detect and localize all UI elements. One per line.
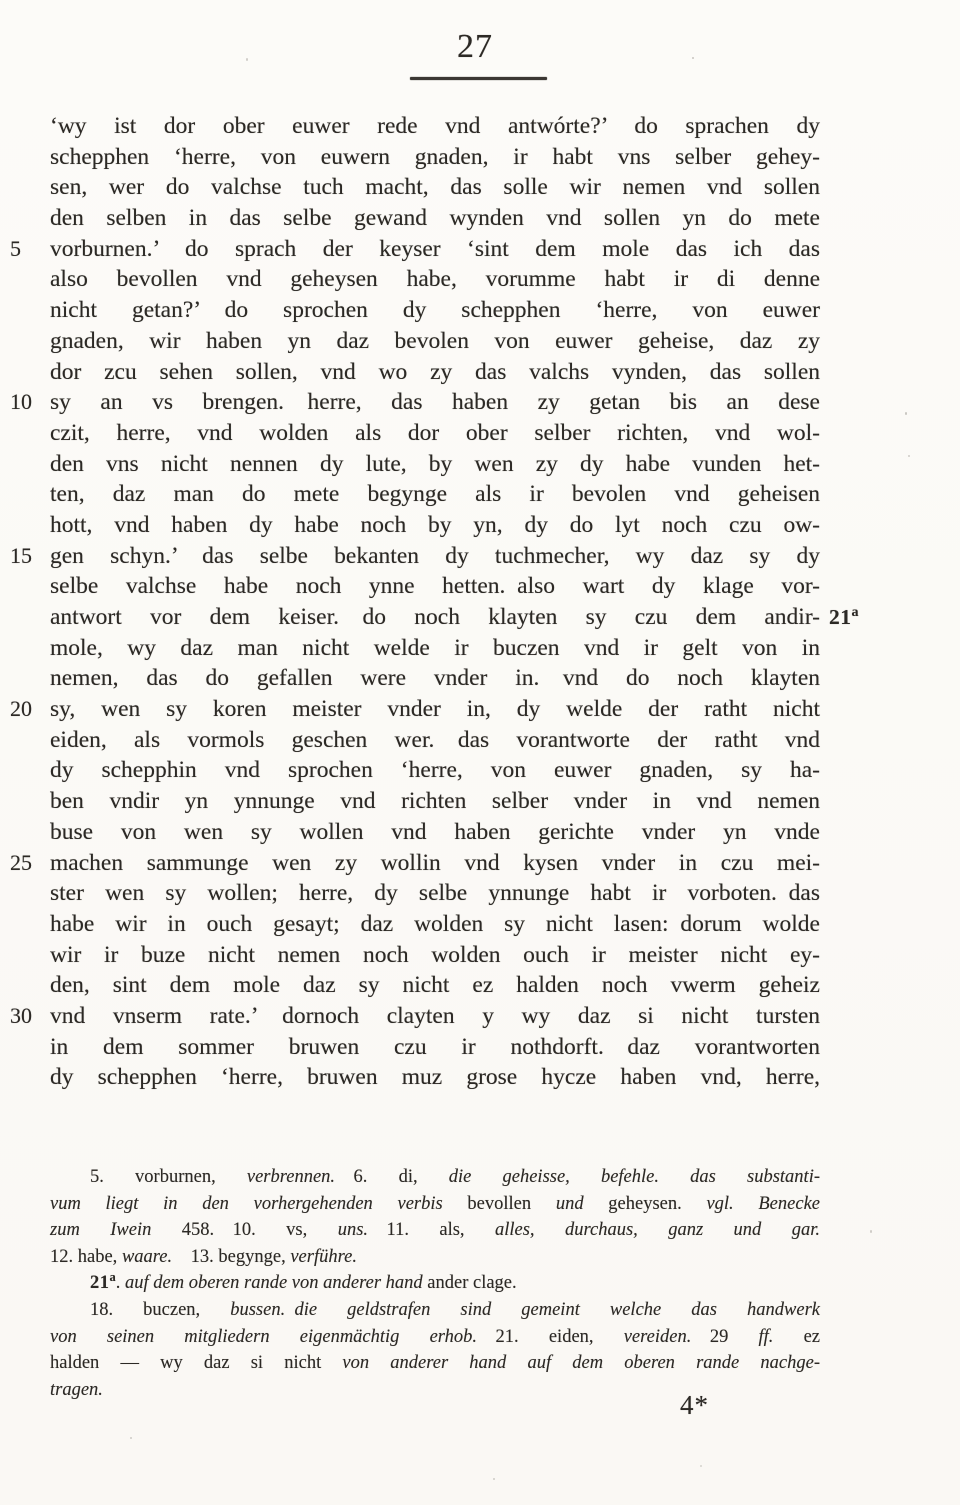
book-page: 27 ‘wy ist dor ober euwer rede vnd antwó…: [0, 0, 960, 1505]
footnote-segment: zum Iwein: [50, 1220, 182, 1240]
body-line-text: antwort vor dem keiser. do noch klayten …: [50, 604, 820, 630]
body-line: czit, herre, vnd wolden als dor ober sel…: [50, 418, 820, 449]
footnote-segment: [691, 1327, 710, 1347]
body-line-text: habe wir in ouch gesayt; daz wolden sy n…: [50, 911, 820, 937]
body-line: hott, vnd haben dy habe noch by yn, dy d…: [50, 510, 820, 541]
body-line-text: nicht getan?’ do sprochen dy schepphen ‘…: [50, 297, 820, 323]
footnote-segment: von seinen mitgliedern eigenmächtig erho…: [50, 1327, 477, 1347]
footnote-line: 5. vorburnen, verbrennen. 6. di, die geh…: [50, 1164, 820, 1191]
footnote-segment: 21: [90, 1273, 110, 1293]
body-line-text: nemen, das do gefallen were vnder in. vn…: [50, 665, 820, 691]
footnote-line: zum Iwein 458. 10. vs, uns. 11. als, all…: [50, 1217, 820, 1244]
footnote-segment: [172, 1247, 191, 1267]
line-number: 20: [10, 694, 40, 725]
body-line: nicht getan?’ do sprochen dy schepphen ‘…: [50, 295, 820, 326]
body-line-text: sy, wen sy koren meister vnder in, dy we…: [50, 696, 820, 722]
footnotes: 5. vorburnen, verbrennen. 6. di, die geh…: [50, 1164, 820, 1403]
body-line: ben vndir yn ynnunge vnd richten selber …: [50, 786, 820, 817]
footnote-segment: verbrennen.: [247, 1167, 335, 1187]
body-line: habe wir in ouch gesayt; daz wolden sy n…: [50, 909, 820, 940]
footnote-segment: ff.: [759, 1327, 804, 1347]
body-line-text: also bevollen vnd geheysen habe, vorumme…: [50, 266, 820, 292]
body-line: 20sy, wen sy koren meister vnder in, dy …: [50, 694, 820, 725]
footnote-segment: auf dem oberen rande von anderer hand: [125, 1273, 427, 1293]
line-number: 10: [10, 387, 40, 418]
scan-speck: [493, 1478, 495, 1480]
body-line: gnaden, wir haben yn daz bevolen von euw…: [50, 326, 820, 357]
body-line-text: den vns nicht nennen dy lute, by wen zy …: [50, 451, 820, 477]
body-line: 10sy an vs brengen. herre, das haben zy …: [50, 387, 820, 418]
footnote-line: von seinen mitgliedern eigenmächtig erho…: [50, 1324, 820, 1351]
footnote-segment: vereiden.: [624, 1327, 692, 1347]
body-line-text: gnaden, wir haben yn daz bevolen von euw…: [50, 328, 820, 354]
body-line: 5vorburnen.’ do sprach der keyser ‘sint …: [50, 234, 820, 265]
body-line: ‘wy ist dor ober euwer rede vnd antwórte…: [50, 111, 820, 142]
footnote-segment: [477, 1327, 496, 1347]
scan-speck: [692, 57, 694, 59]
body-line-text: sy an vs brengen. herre, das haben zy ge…: [50, 389, 820, 415]
footnote-segment: ez: [804, 1327, 820, 1347]
footnote-segment: bevollen: [467, 1194, 555, 1214]
footnote-segment: 6. di,: [354, 1167, 449, 1187]
footnote-line: 12. habe, waare. 13. begynge, verführe.: [50, 1244, 820, 1271]
footnote-line: vum liegt in den vorhergehenden verbis b…: [50, 1191, 820, 1218]
body-line-text: vorburnen.’ do sprach der keyser ‘sint d…: [50, 236, 820, 262]
footnote-segment: 12. habe,: [50, 1247, 122, 1267]
footnote-segment: vum liegt in den vorhergehenden verbis: [50, 1194, 467, 1214]
body-line: 15gen schyn.’ das selbe bekanten dy tuch…: [50, 541, 820, 572]
body-line-text: buse von wen sy wollen vnd haben gericht…: [50, 819, 820, 845]
body-line-text: ‘wy ist dor ober euwer rede vnd antwórte…: [50, 113, 820, 139]
footnote-segment: und: [556, 1194, 608, 1214]
footnote-segment: die geheisse, befehle. das substanti-: [449, 1167, 820, 1187]
scan-speck: [908, 455, 910, 457]
body-line-text: hott, vnd haben dy habe noch by yn, dy d…: [50, 512, 820, 538]
body-line-text: dor zcu sehen sollen, vnd wo zy das valc…: [50, 359, 820, 385]
footnote-segment: die geldstrafen sind gemeint welche das …: [294, 1300, 820, 1320]
body-line-text: eiden, als vormols geschen wer. das vora…: [50, 727, 820, 753]
body-line-text: sen, wer do valchse tuch macht, das soll…: [50, 174, 820, 200]
body-line: buse von wen sy wollen vnd haben gericht…: [50, 817, 820, 848]
body-line-text: ster wen sy wollen; herre, dy selbe ynnu…: [50, 880, 820, 906]
margin-note: 21a: [829, 602, 859, 633]
body-line-text: machen sammunge wen zy wollin vnd kysen …: [50, 850, 820, 876]
body-line: 30vnd vnserm rate.’ dornoch clayten y wy…: [50, 1001, 820, 1032]
footnote-segment: 10. vs,: [233, 1220, 338, 1240]
body-line-text: dy schepphen ‘herre, bruwen muz grose hy…: [50, 1064, 820, 1090]
footnote-segment: [368, 1220, 387, 1240]
body-line-text: gen schyn.’ das selbe bekanten dy tuchme…: [50, 543, 820, 569]
body-line: in dem sommer bruwen czu ir nothdorft. d…: [50, 1032, 820, 1063]
scan-speck: [870, 1230, 872, 1233]
body-line: den selben in das selbe gewand wynden vn…: [50, 203, 820, 234]
body-line: den, sint dem mole daz sy nicht ez halde…: [50, 970, 820, 1001]
body-line-text: mole, wy daz man nicht welde ir buczen v…: [50, 635, 820, 661]
footnote-segment: bussen.: [230, 1300, 285, 1320]
footnote-line: 21a. auf dem oberen rande von anderer ha…: [50, 1270, 820, 1297]
line-number: 15: [10, 541, 40, 572]
line-number: 30: [10, 1001, 40, 1032]
scan-speck: [700, 1465, 702, 1467]
body-line: dy schepphin vnd sprochen ‘herre, von eu…: [50, 755, 820, 786]
footnote-segment: vgl. Benecke: [706, 1194, 820, 1214]
scan-speck: [905, 412, 907, 415]
body-line: mole, wy daz man nicht welde ir buczen v…: [50, 633, 820, 664]
body-line: ten, daz man do mete begynge als ir bevo…: [50, 479, 820, 510]
footnote-segment: tragen.: [50, 1380, 103, 1400]
body-line: schepphen ‘herre, von euwern gnaden, ir …: [50, 142, 820, 173]
body-line: wir ir buze nicht nemen noch wolden ouch…: [50, 940, 820, 971]
footnote-segment: geheysen.: [608, 1194, 706, 1214]
body-line-text: in dem sommer bruwen czu ir nothdorft. d…: [50, 1034, 820, 1060]
footnote-segment: ander clage.: [427, 1273, 516, 1293]
body-line-text: dy schepphin vnd sprochen ‘herre, von eu…: [50, 757, 820, 783]
footnote-segment: 11. als,: [387, 1220, 495, 1240]
footnote-segment: waare.: [122, 1247, 172, 1267]
body-line: eiden, als vormols geschen wer. das vora…: [50, 725, 820, 756]
line-number: 25: [10, 848, 40, 879]
body-line: dy schepphen ‘herre, bruwen muz grose hy…: [50, 1062, 820, 1093]
footnote-line: 18. buczen, bussen. die geldstrafen sind…: [50, 1297, 820, 1324]
footnote-segment: von anderer hand auf dem oberen rande na…: [342, 1353, 820, 1373]
margin-note-superscript: a: [852, 605, 860, 620]
footnote-segment: 29: [710, 1327, 759, 1347]
body-line: selbe valchse habe noch ynne hetten. als…: [50, 571, 820, 602]
signature-mark: 4*: [680, 1390, 709, 1421]
footnote-segment: 21. eiden,: [496, 1327, 624, 1347]
body-text: ‘wy ist dor ober euwer rede vnd antwórte…: [50, 111, 820, 1093]
body-line-text: vnd vnserm rate.’ dornoch clayten y wy d…: [50, 1003, 820, 1029]
footnote-segment: 18. buczen,: [90, 1300, 230, 1320]
body-line: den vns nicht nennen dy lute, by wen zy …: [50, 449, 820, 480]
footnote-segment: [335, 1167, 354, 1187]
scan-speck: [130, 1437, 132, 1439]
body-line-text: den selben in das selbe gewand wynden vn…: [50, 205, 820, 231]
footnote-line: halden — wy daz si nicht von anderer han…: [50, 1350, 820, 1377]
body-line-text: schepphen ‘herre, von euwern gnaden, ir …: [50, 144, 820, 170]
body-line: dor zcu sehen sollen, vnd wo zy das valc…: [50, 357, 820, 388]
footnote-segment: 13. begynge,: [191, 1247, 291, 1267]
body-line-text: den, sint dem mole daz sy nicht ez halde…: [50, 972, 820, 998]
header-rule: [410, 77, 547, 80]
body-line-text: wir ir buze nicht nemen noch wolden ouch…: [50, 942, 820, 968]
footnote-segment: verführe.: [290, 1247, 357, 1267]
footnote-segment: 5. vorburnen,: [90, 1167, 247, 1187]
footnote-segment: uns.: [338, 1220, 368, 1240]
footnote-segment: alles, durchaus, ganz und gar.: [495, 1220, 820, 1240]
body-line-text: ten, daz man do mete begynge als ir bevo…: [50, 481, 820, 507]
body-line: 25machen sammunge wen zy wollin vnd kyse…: [50, 848, 820, 879]
body-line-text: czit, herre, vnd wolden als dor ober sel…: [50, 420, 820, 446]
scan-speck: [246, 58, 248, 61]
body-line: antwort vor dem keiser. do noch klayten …: [50, 602, 820, 633]
body-line: ster wen sy wollen; herre, dy selbe ynnu…: [50, 878, 820, 909]
body-line-text: ben vndir yn ynnunge vnd richten selber …: [50, 788, 820, 814]
footnote-segment: halden — wy daz si nicht: [50, 1353, 342, 1373]
line-number: 5: [10, 234, 40, 265]
body-line-text: selbe valchse habe noch ynne hetten. als…: [50, 573, 820, 599]
page-number: 27: [0, 28, 950, 66]
footnote-segment: [214, 1220, 233, 1240]
body-line: nemen, das do gefallen were vnder in. vn…: [50, 663, 820, 694]
footnote-segment: 458.: [182, 1220, 214, 1240]
footnote-segment: .: [116, 1273, 125, 1293]
body-line: also bevollen vnd geheysen habe, vorumme…: [50, 264, 820, 295]
body-line: sen, wer do valchse tuch macht, das soll…: [50, 172, 820, 203]
